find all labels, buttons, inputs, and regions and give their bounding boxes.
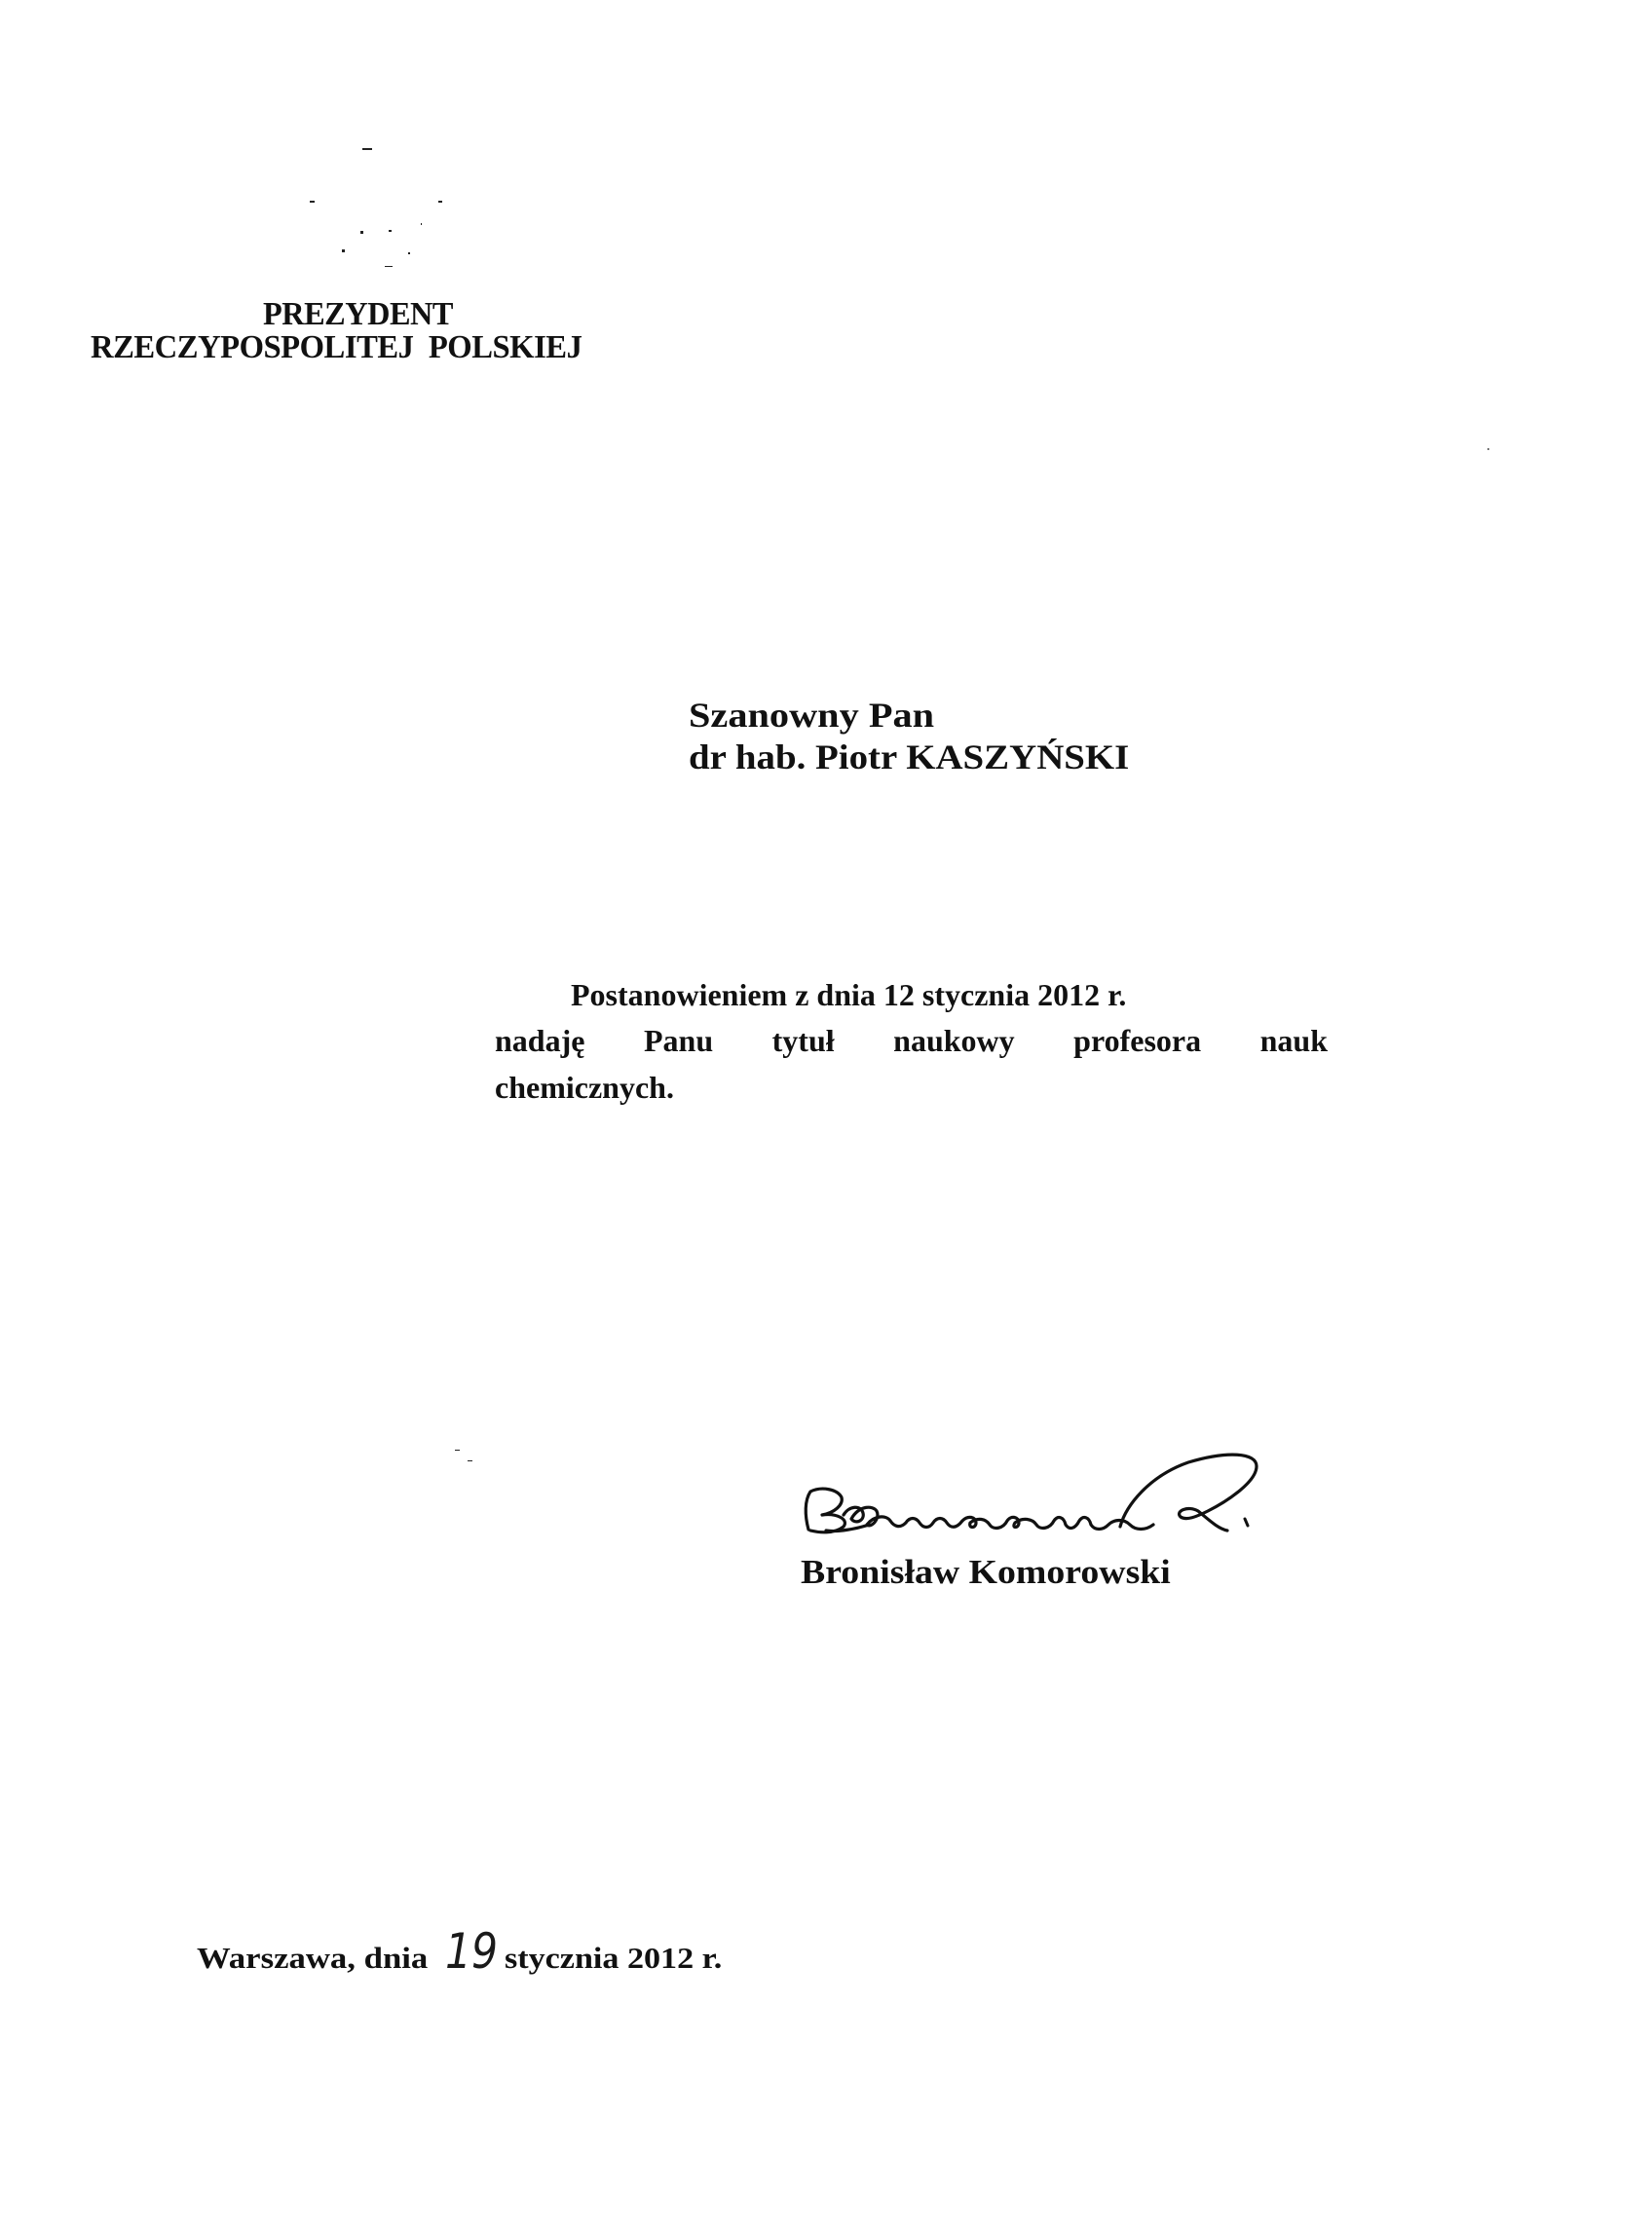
body-word: Panu [644, 1025, 713, 1056]
body-word: nauk [1260, 1025, 1328, 1056]
letter-page: PREZYDENT RZECZYPOSPOLITEJ POLSKIEJ Szan… [0, 0, 1652, 2231]
letterhead-subtitle: RZECZYPOSPOLITEJ POLSKIEJ [91, 331, 582, 364]
letterhead-title: PREZYDENT [263, 298, 453, 331]
body-word: profesora [1073, 1025, 1201, 1056]
date-prefix: Warszawa, dnia [197, 1943, 428, 1973]
recipient-name: dr hab. Piotr KASZYŃSKI [689, 739, 1129, 775]
body-word: nadaję [495, 1025, 584, 1056]
body-line-3: chemicznych. [495, 1072, 674, 1103]
recipient-salutation: Szanowny Pan [689, 698, 934, 733]
date-suffix: stycznia 2012 r. [505, 1943, 722, 1973]
body-word: tytuł [772, 1025, 835, 1056]
body-word: naukowy [893, 1025, 1015, 1056]
body-line-2: nadajęPanutytułnaukowyprofesoranauk [495, 1025, 1328, 1056]
handwritten-signature [799, 1447, 1276, 1539]
handwritten-day: 19 [445, 1927, 498, 1976]
body-line-1: Postanowieniem z dnia 12 stycznia 2012 r… [571, 979, 1126, 1010]
signatory-name: Bronisław Komorowski [801, 1555, 1171, 1589]
